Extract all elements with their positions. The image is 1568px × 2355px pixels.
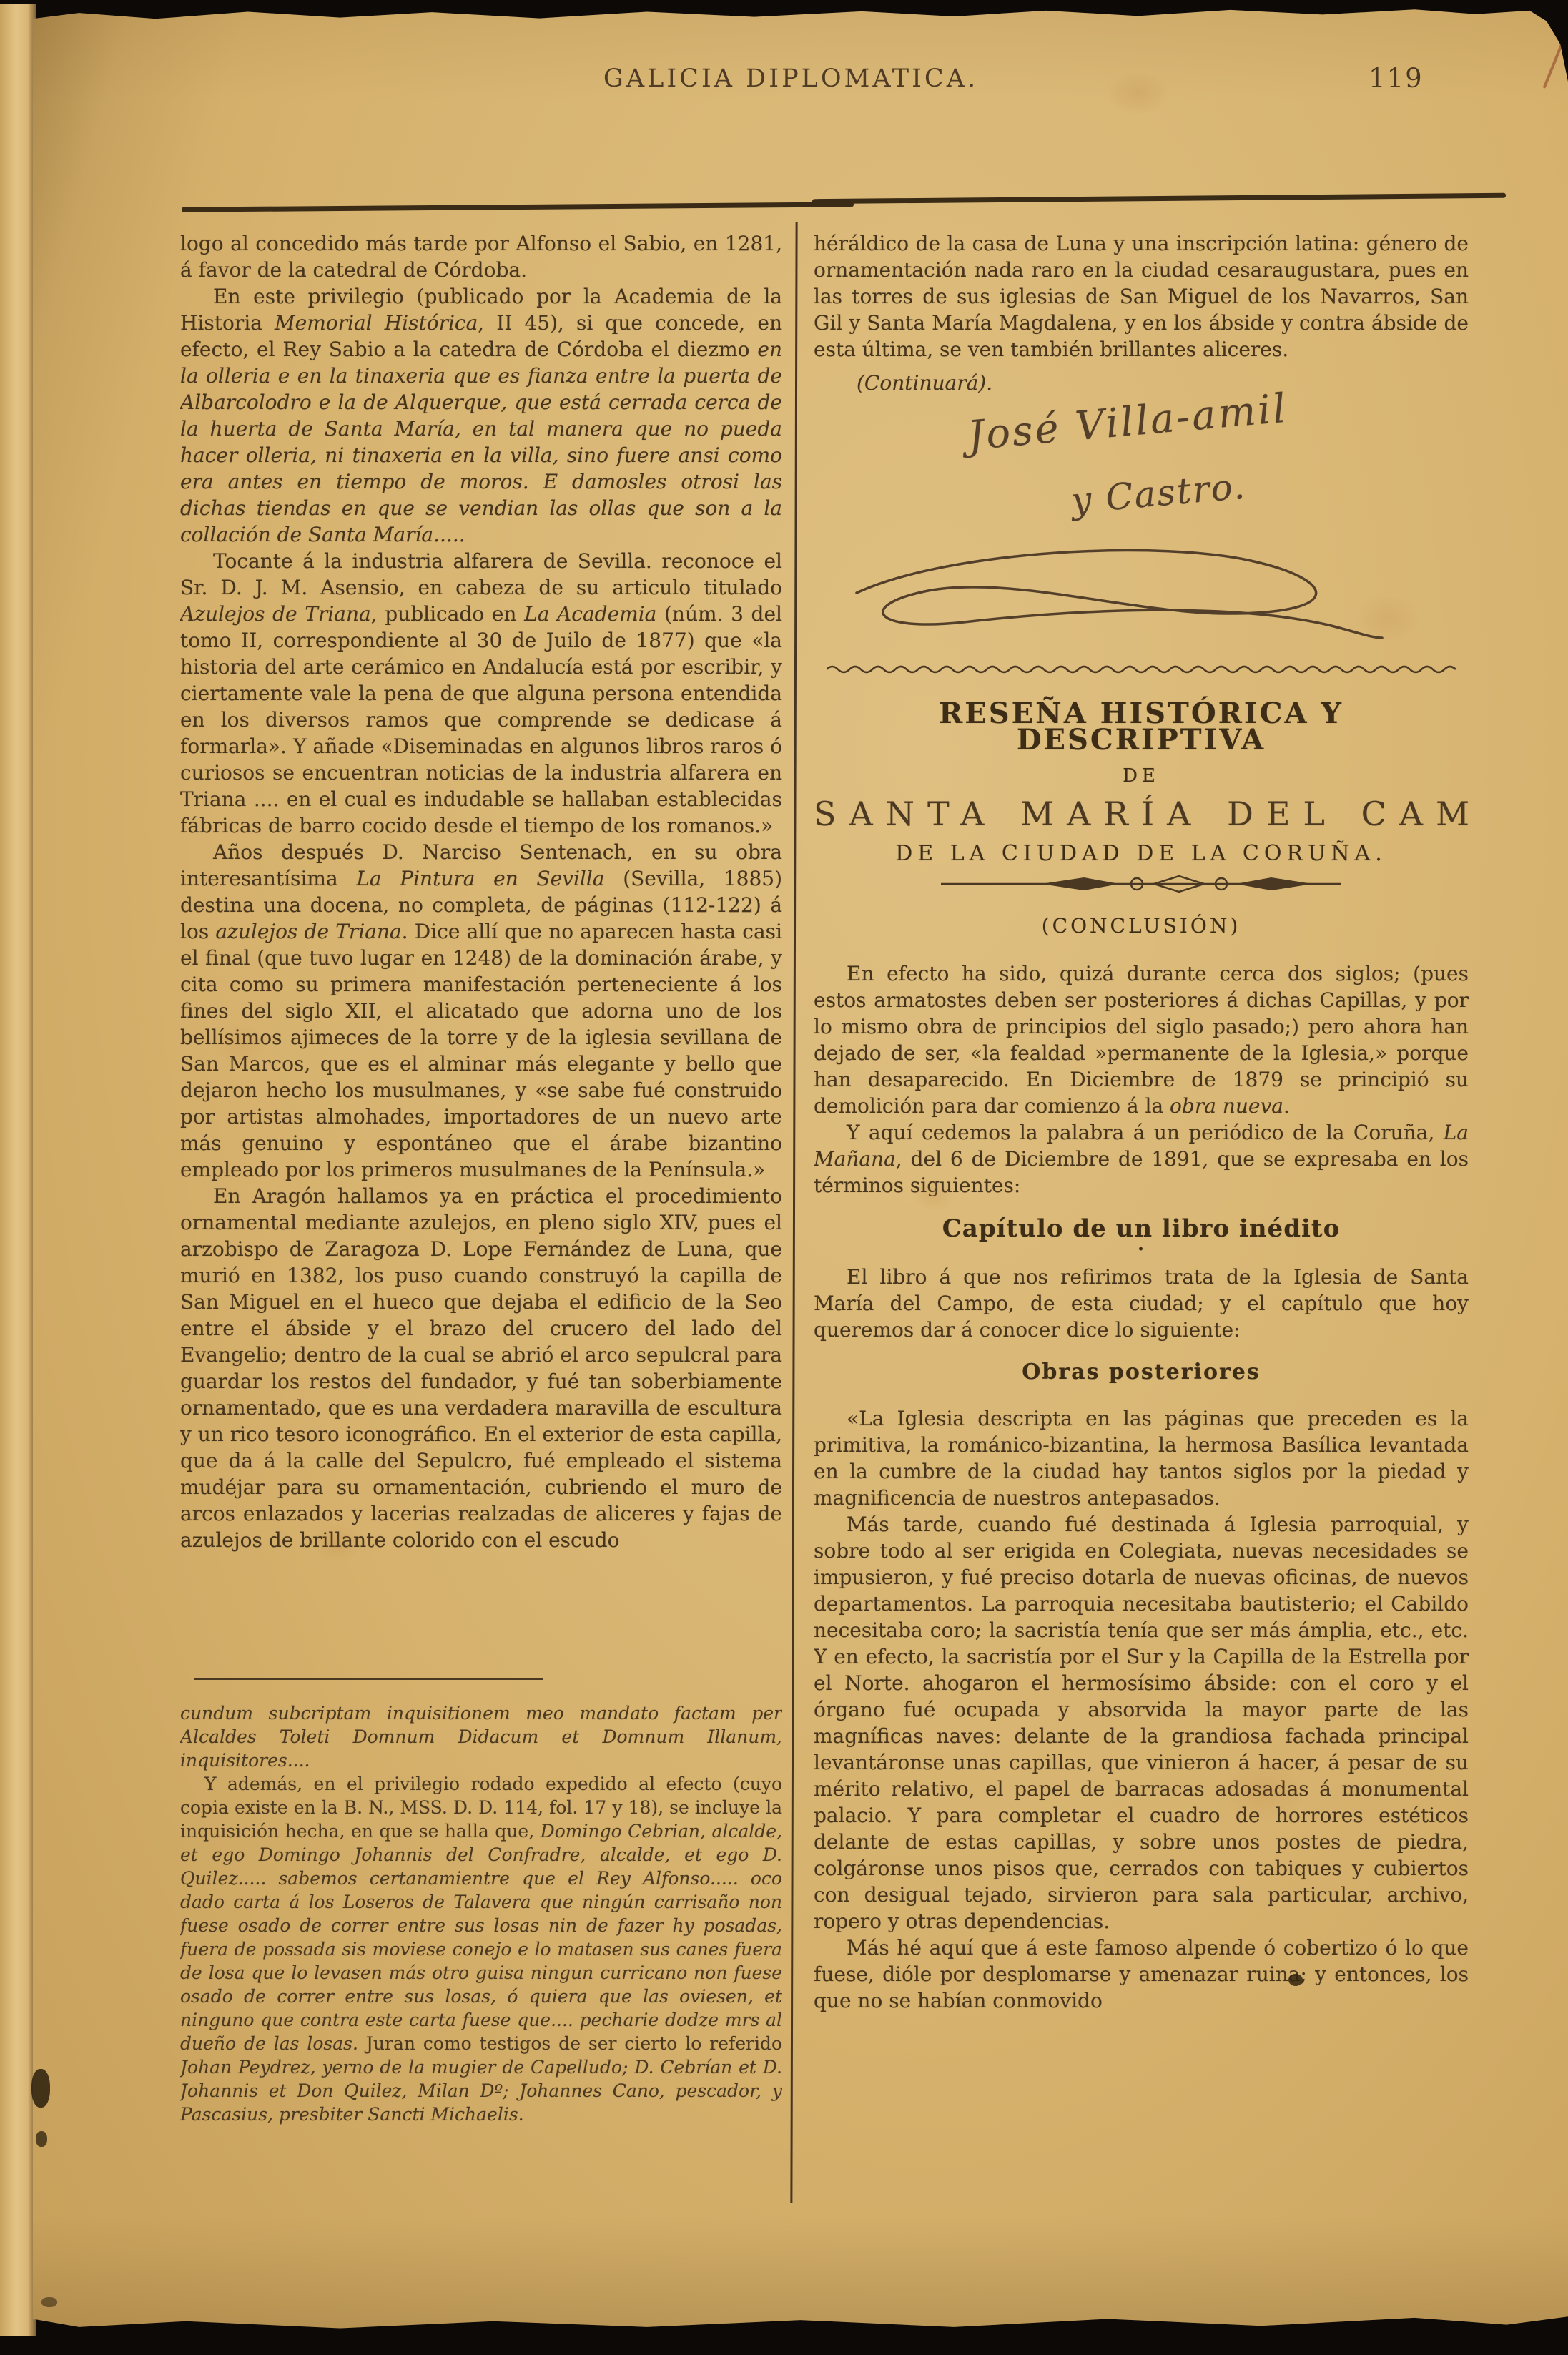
section-title-line1: RESEÑA HISTÓRICA Y DESCRIPTIVA <box>814 700 1469 753</box>
ornament-divider-icon <box>941 874 1341 894</box>
paragraph: Tocante á la industria alfarera de Sevil… <box>180 548 782 839</box>
left-column: logo al concedido más tarde por Alfonso … <box>180 230 782 1669</box>
footnote-text: cundum subcriptam inquisitionem meo mand… <box>180 1701 782 2126</box>
section-title-line4: DE LA CIUDAD DE LA CORUÑA. <box>814 840 1469 867</box>
subsection-heading: Capítulo de un libro inédito <box>814 1216 1469 1257</box>
page-number: 119 <box>1369 63 1454 94</box>
right-intro-text: héráldico de la casa de Luna y una inscr… <box>814 230 1469 363</box>
paragraph: El libro á que nos refirimos trata de la… <box>814 1264 1469 1343</box>
scanned-newspaper-page: GALICIA DIPLOMATICA. 119 logo al concedi… <box>33 7 1568 2333</box>
paper-scratch <box>1543 36 1567 89</box>
wavy-rule-icon <box>827 664 1456 675</box>
signature-name-line1: José Villa-amil <box>967 395 1288 450</box>
paragraph: En Aragón hallamos ya en práctica el pro… <box>180 1183 782 1553</box>
section-title-line2: DE <box>814 763 1469 790</box>
paragraph: En efecto ha sido, quizá durante cerca d… <box>814 960 1469 1119</box>
signature-flourish-icon <box>828 518 1400 639</box>
footnote-separator-rule <box>194 1678 543 1680</box>
paragraph: Más tarde, cuando fué destinada á Iglesi… <box>814 1511 1469 1934</box>
paragraph: «La Iglesia descripta en las páginas que… <box>814 1405 1469 1511</box>
journal-title: GALICIA DIPLOMATICA. <box>183 64 1399 93</box>
right-body-text: En efecto ha sido, quizá durante cerca d… <box>814 960 1469 2014</box>
subsection-heading: Obras posteriores <box>814 1359 1469 1385</box>
section-heading: RESEÑA HISTÓRICA Y DESCRIPTIVA DE SANTA … <box>814 700 1469 939</box>
conclusion-label: (CONCLUSIÓN) <box>814 913 1469 939</box>
previous-page-edge <box>0 4 36 2336</box>
paragraph: logo al concedido más tarde por Alfonso … <box>180 230 782 283</box>
paragraph: Años después D. Narciso Sentenach, en su… <box>180 839 782 1183</box>
author-signature: José Villa-amil y Castro. <box>814 396 1469 645</box>
header-rule-right <box>812 193 1506 204</box>
paragraph: héráldico de la casa de Luna y una inscr… <box>814 230 1469 363</box>
paragraph: Y aquí cedemos la palabra á un periódico… <box>814 1119 1469 1199</box>
section-title-line3: SANTA MARÍA DEL CAMPO <box>814 801 1469 827</box>
right-column: héráldico de la casa de Luna y una inscr… <box>814 230 1469 2184</box>
column-divider-rule <box>790 222 797 2203</box>
signature-name-line2: y Castro. <box>1070 473 1247 514</box>
paragraph: Y además, en el privilegio rodado expedi… <box>180 1772 782 2126</box>
continuara-note: (Continuará). <box>814 370 1469 396</box>
paragraph: Más hé aquí que á este famoso alpende ó … <box>814 1934 1469 2014</box>
header-rule-left <box>182 202 854 212</box>
paragraph: cundum subcriptam inquisitionem meo mand… <box>180 1701 782 1772</box>
footnote-block: cundum subcriptam inquisitionem meo mand… <box>180 1678 782 2178</box>
paragraph: En este privilegio (publicado por la Aca… <box>180 283 782 548</box>
